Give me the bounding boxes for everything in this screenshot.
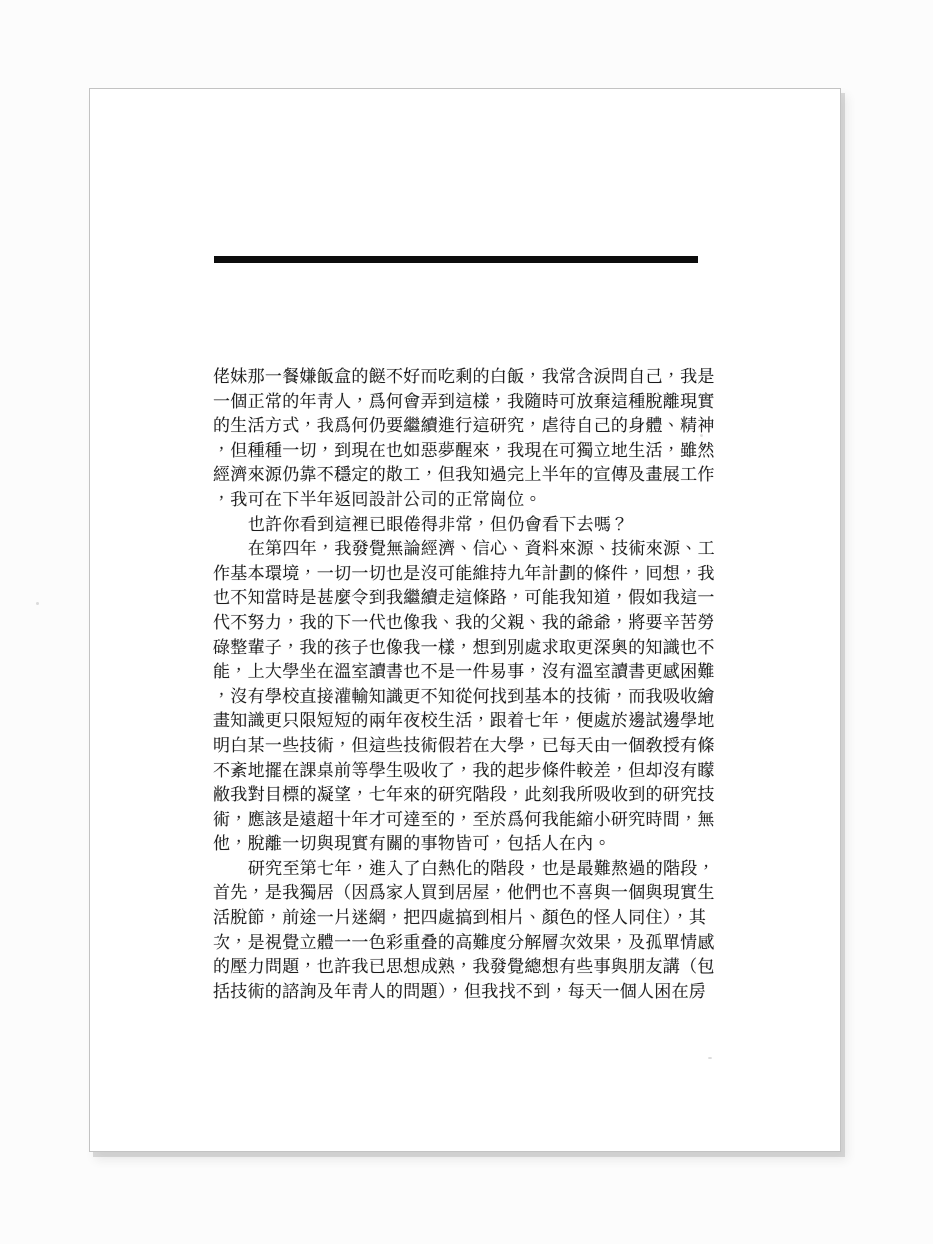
text-line: 明白某一些技術，但這些技術假若在大學，已每天由一個敎授有條	[213, 734, 725, 759]
text-line: ，我可在下半年返囘設計公司的正常崗位。	[213, 488, 725, 513]
book-page: 佬妹那一餐嫌飯盒的餸不好而吃剩的白飯，我常含淚問自己，我是一個正常的年靑人，爲何…	[89, 88, 841, 1152]
scan-background: 佬妹那一餐嫌飯盒的餸不好而吃剩的白飯，我常含淚問自己，我是一個正常的年靑人，爲何…	[0, 0, 933, 1244]
text-line: 括技術的諮詢及年靑人的問題），但我找不到，每天一個人困在房	[213, 980, 725, 1005]
text-line: 首先，是我獨居（因爲家人買到居屋，他們也不喜與一個與現實生	[213, 881, 725, 906]
text-line: 在第四年，我發覺無論經濟、信心、資料來源、技術來源、工	[213, 537, 725, 562]
text-line: 佬妹那一餐嫌飯盒的餸不好而吃剩的白飯，我常含淚問自己，我是	[213, 365, 725, 390]
text-line: 敝我對目標的凝望，七年來的研究階段，此刻我所吸收到的研究技	[213, 783, 725, 808]
scan-speck	[36, 602, 39, 605]
text-line: 代不努力，我的下一代也像我、我的父親、我的爺爺，將要辛苦勞	[213, 611, 725, 636]
section-divider-bar	[214, 256, 698, 263]
text-line: ，沒有學校直接灌輸知識更不知從何找到基本的技術，而我吸收繪	[213, 685, 725, 710]
text-line: 的生活方式，我爲何仍要繼續進行這研究，虐待自己的身體、精神	[213, 414, 725, 439]
text-line: 能，上大學坐在溫室讀書也不是一件易事，沒有溫室讀書更感困難	[213, 660, 725, 685]
scan-speck	[700, 434, 703, 437]
body-text-block: 佬妹那一餐嫌飯盒的餸不好而吃剩的白飯，我常含淚問自己，我是一個正常的年靑人，爲何…	[213, 365, 725, 1004]
text-line: ，但種種一切，到現在也如惡夢醒來，我現在可獨立地生活，雖然	[213, 439, 725, 464]
text-line: 畫知識更只限短短的兩年夜校生活，跟着七年，便處於邊試邊學地	[213, 709, 725, 734]
text-line: 也許你看到這裡已眼倦得非常，但仍會看下去嗎？	[213, 513, 725, 538]
text-line: 經濟來源仍靠不穩定的散工，但我知過完上半年的宣傳及畫展工作	[213, 463, 725, 488]
text-line: 不紊地擺在課桌前等學生吸收了，我的起步條件較差，但却沒有矇	[213, 759, 725, 784]
text-line: 次，是視覺立體一一色彩重叠的高難度分解層次效果，及孤單情感	[213, 931, 725, 956]
text-line: 也不知當時是甚麼令到我繼續走這條路，可能我知道，假如我這一	[213, 586, 725, 611]
text-line: 他，脫離一切與現實有關的事物皆可，包括人在內。	[213, 832, 725, 857]
text-line: 的壓力問題，也許我已思想成熟，我發覺總想有些事與朋友講（包	[213, 955, 725, 980]
scan-speck	[708, 1057, 712, 1059]
text-line: 作基本環境，一切一切也是沒可能維持九年計劃的條件，囘想，我	[213, 562, 725, 587]
text-line: 研究至第七年，進入了白熱化的階段，也是最難熬過的階段，	[213, 857, 725, 882]
text-line: 一個正常的年靑人，爲何會弄到這樣，我隨時可放棄這種脫離現實	[213, 390, 725, 415]
text-line: 碌整輩子，我的孩子也像我一樣，想到別處求取更深奧的知識也不	[213, 636, 725, 661]
text-line: 活脫節，前途一片迷網，把四處搞到相片、顏色的怪人同住），其	[213, 906, 725, 931]
text-line: 術，應該是遠超十年才可達至的，至於爲何我能縮小研究時間，無	[213, 808, 725, 833]
